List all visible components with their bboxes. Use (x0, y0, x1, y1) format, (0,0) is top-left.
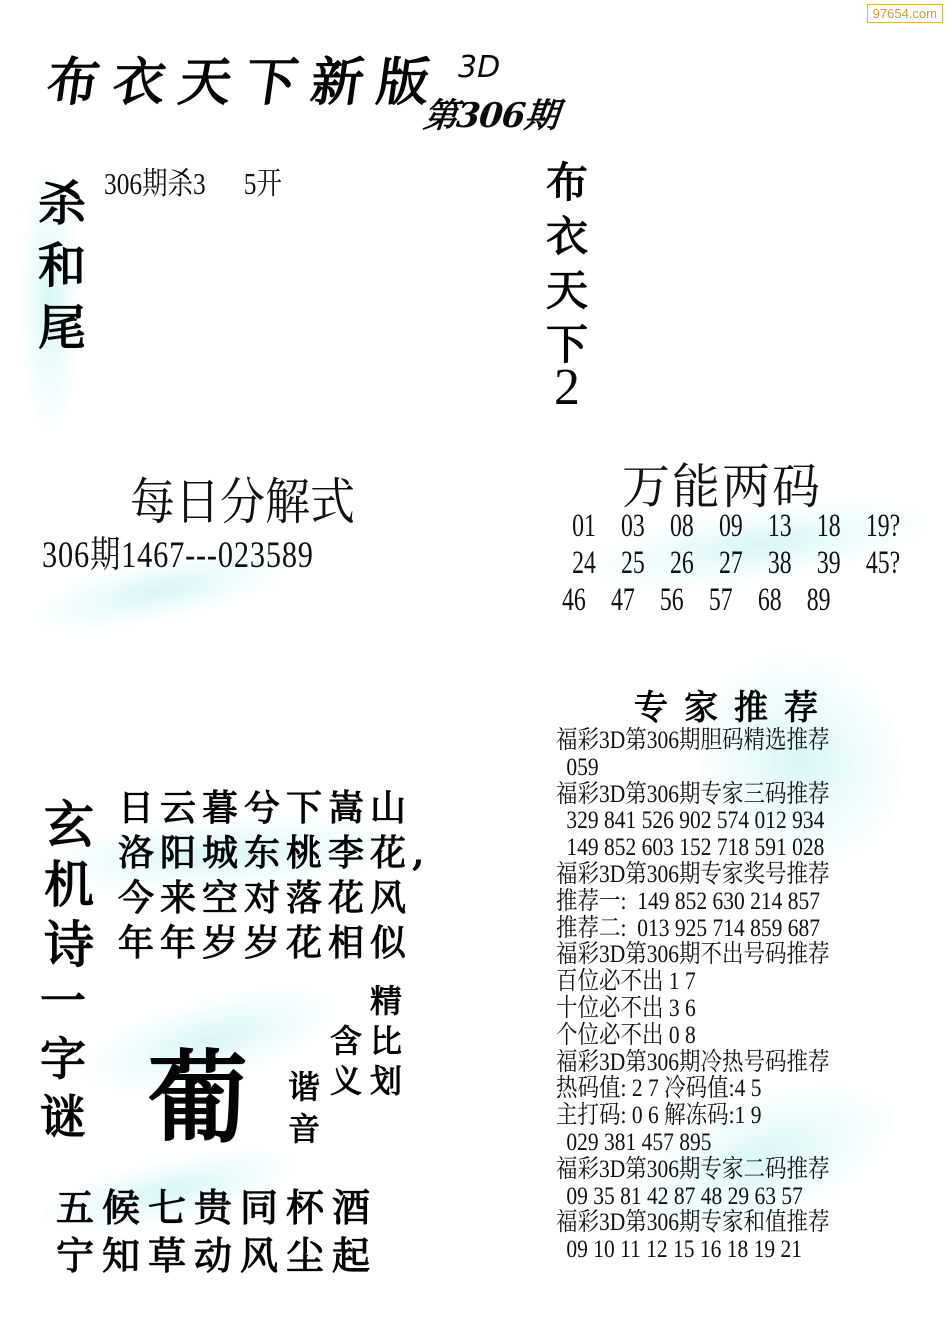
couplet-line: 宁知草动风尘起 (56, 1232, 378, 1280)
title-char: 天 (546, 270, 588, 312)
recommend-values: 059 (556, 755, 830, 782)
title-char: 衣 (546, 216, 588, 258)
recommend-line: 主打码: 0 6 解冻码:1 9 (556, 1103, 830, 1130)
recommend-values: 329 841 526 902 574 012 934 (556, 808, 830, 835)
code-cell: 09 (719, 508, 768, 545)
label-char: 一 (40, 978, 86, 1024)
mystic-poem-lines: 日云暮兮下嵩山 洛阳城东桃李花, 今来空对落花风 年年岁岁花相似 (118, 786, 431, 966)
recommend-values: 09 35 81 42 87 48 29 63 57 (556, 1184, 830, 1211)
code-cell: 26 (670, 545, 719, 582)
code-cell: 19? (866, 508, 915, 545)
section-heading: 福彩3D第306期专家二码推荐 (556, 1157, 830, 1184)
label-char: 诗 (44, 920, 94, 970)
label-char: 机 (44, 860, 94, 910)
poem-line: 洛阳城东桃李花, (118, 831, 431, 876)
section-heading: 福彩3D第306期冷热号码推荐 (556, 1050, 830, 1077)
game-type-label: 3D (458, 50, 500, 85)
universal-two-codes-title: 万能两码 (622, 448, 822, 517)
expert-recommend-title: 专家推荐 (634, 680, 834, 729)
code-row: 46 47 56 57 68 89 (562, 582, 915, 619)
section-heading: 福彩3D第306期专家奖号推荐 (556, 862, 830, 889)
code-cell: 01 (572, 508, 621, 545)
buyi-number: 2 (554, 358, 580, 417)
kill-sum-tail-label: 杀 和 尾 (38, 180, 86, 352)
expert-recommend-list: 福彩3D第306期胆码精选推荐 059 福彩3D第306期专家三码推荐 329 … (556, 728, 874, 1264)
recommend-line: 十位必不出 3 6 (556, 996, 830, 1023)
code-cell: 47 (611, 582, 660, 619)
code-cell: 08 (670, 508, 719, 545)
code-cell: 18 (817, 508, 866, 545)
code-cell: 46 (562, 582, 611, 619)
label-char: 和 (38, 242, 86, 290)
issue-number: 第306期 (421, 88, 560, 137)
recommend-line: 百位必不出 1 7 (556, 969, 830, 996)
code-cell: 13 (768, 508, 817, 545)
one-char-riddle-label: 一 字 谜 (40, 978, 86, 1140)
code-cell: 25 (621, 545, 670, 582)
section-heading: 福彩3D第306期专家和值推荐 (556, 1210, 830, 1237)
recommend-values: 149 852 603 152 718 591 028 (556, 835, 830, 862)
code-cell: 03 (621, 508, 670, 545)
riddle-hint-char: 音 (288, 1104, 320, 1150)
riddle-hint-char: 义 (330, 1056, 362, 1102)
code-cell: 89 (807, 582, 856, 619)
code-row: 01 03 08 09 13 18 19? (562, 508, 915, 545)
universal-two-codes-grid: 01 03 08 09 13 18 19? 24 25 26 27 38 39 … (562, 508, 915, 619)
code-cell: 45? (866, 545, 915, 582)
section-heading: 福彩3D第306期胆码精选推荐 (556, 728, 830, 755)
section-heading: 福彩3D第306期专家三码推荐 (556, 782, 830, 809)
poem-line: 年年岁岁花相似 (118, 921, 431, 966)
label-char: 尾 (38, 304, 86, 352)
recommend-values: 029 381 457 895 (556, 1130, 830, 1157)
recommend-values: 09 10 11 12 15 16 18 19 21 (556, 1237, 830, 1264)
recommend-line: 个位必不出 0 8 (556, 1023, 830, 1050)
title-char: 布 (546, 162, 588, 204)
poem-line: 今来空对落花风 (118, 876, 431, 921)
site-watermark-badge[interactable]: 97654.com (867, 4, 943, 23)
code-cell: 38 (768, 545, 817, 582)
kill-sum-tail-text: 306期杀3 5开 (104, 158, 282, 203)
label-char: 谜 (40, 1094, 86, 1140)
label-char: 玄 (44, 800, 94, 850)
riddle-character: 葡 (148, 1018, 248, 1162)
riddle-hint-char: 划 (370, 1056, 402, 1102)
recommend-line: 推荐二: 013 925 714 859 687 (556, 916, 830, 943)
section-heading: 福彩3D第306期不出号码推荐 (556, 942, 830, 969)
recommend-line: 热码值: 2 7 冷码值:4 5 (556, 1076, 830, 1103)
riddle-hint-char: 谐 (288, 1062, 320, 1108)
couplet: 五候七贵同杯酒 宁知草动风尘起 (56, 1184, 378, 1280)
page-title: 布衣天下新版 (43, 40, 450, 115)
recommend-line: 推荐一: 149 852 630 214 857 (556, 889, 830, 916)
couplet-line: 五候七贵同杯酒 (56, 1184, 378, 1232)
code-cell: 27 (719, 545, 768, 582)
label-char: 杀 (38, 180, 86, 228)
daily-decomposition-line: 306期1467---023589 (42, 524, 314, 578)
code-cell: 24 (572, 545, 621, 582)
code-cell: 68 (758, 582, 807, 619)
buyi-vertical-title: 布 衣 天 下 (546, 162, 588, 366)
code-cell: 57 (709, 582, 758, 619)
label-char: 字 (40, 1036, 86, 1082)
code-cell: 39 (817, 545, 866, 582)
code-row: 24 25 26 27 38 39 45? (562, 545, 915, 582)
mystic-poem-label: 玄 机 诗 (44, 800, 94, 970)
poem-line: 日云暮兮下嵩山 (118, 786, 431, 831)
code-cell: 56 (660, 582, 709, 619)
